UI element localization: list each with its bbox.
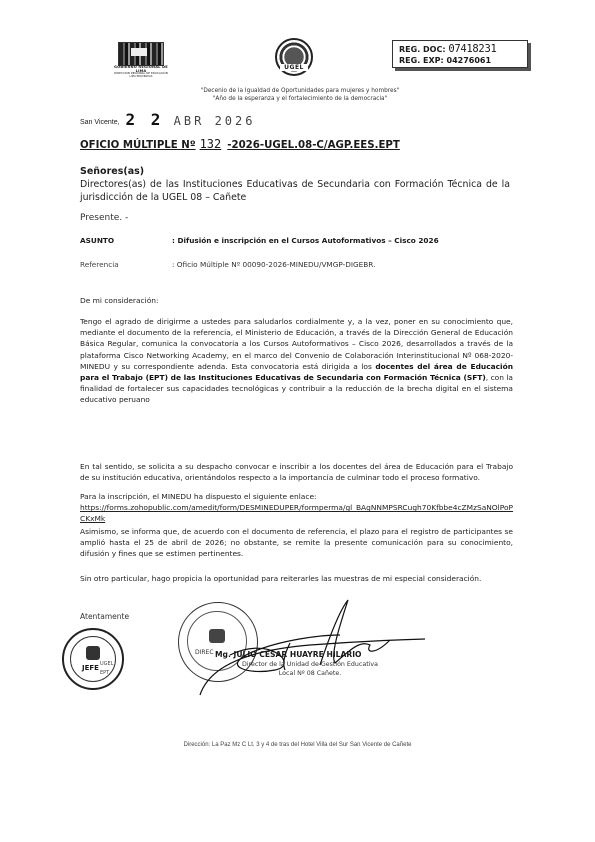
date-day: 2 2 — [126, 110, 164, 129]
greeting: De mi consideración: — [80, 295, 513, 306]
asunto-value: : Difusión e inscripción en el Cursos Au… — [172, 236, 439, 245]
reg-doc-row: REG. DOC: 07418231 — [399, 43, 521, 55]
document-title: OFICIO MÚLTIPLE Nº132-2026-UGEL.08-C/AGP… — [80, 137, 400, 151]
stamp-left-title: JEFE — [82, 664, 99, 672]
decenio-motto: "Decenio de la Igualdad de Oportunidades… — [150, 87, 450, 95]
reg-exp-row: REG. EXP: 04276061 — [399, 55, 521, 67]
stamp-left-text: UGEL EPT — [100, 660, 113, 678]
ugel-seal-logo: UGEL — [275, 38, 315, 82]
registration-link[interactable]: https://forms.zohopublic.com/amedit/form… — [80, 502, 513, 524]
referencia-value: : Oficio Múltiple Nº 00090-2026-MINEDU/V… — [172, 260, 375, 269]
reg-exp-label: REG. EXP: — [399, 56, 444, 65]
asunto-label: ASUNTO — [80, 236, 114, 245]
footer-address: Dirección: La Paz Mz C Lt. 3 y 4 de tras… — [0, 742, 595, 748]
date-stamp: 2 2 ABR 2026 — [126, 114, 256, 128]
date-place: San Vicente, — [80, 119, 120, 126]
signer-role: Director de la Unidad de Gestión Educati… — [210, 661, 410, 678]
reg-doc-value: 07418231 — [448, 43, 496, 55]
anio-motto: "Año de la esperanza y el fortalecimient… — [150, 95, 450, 103]
referencia-label: Referencia — [80, 260, 119, 269]
area-seal-stamp: JEFE — [62, 628, 124, 690]
addressees: Directores(as) de las Instituciones Educ… — [80, 179, 510, 204]
paragraph-5: Sin otro particular, hago propicia la op… — [80, 573, 513, 584]
paragraph-3: Para la inscripción, el MINEDU ha dispue… — [80, 491, 513, 525]
reg-doc-label: REG. DOC: — [399, 45, 446, 54]
stamp-left-text-1: UGEL — [100, 660, 113, 669]
p3-intro: Para la inscripción, el MINEDU ha dispue… — [80, 491, 513, 502]
paragraph-4: Asimismo, se informa que, de acuerdo con… — [80, 526, 513, 560]
reg-exp-value: 04276061 — [447, 56, 492, 65]
regional-emblem-icon — [118, 42, 164, 66]
signer-role-line2: Local Nº 08 Cañete. — [210, 670, 410, 679]
presente: Presente. - — [80, 213, 128, 223]
stamp-left-text-2: EPT — [100, 669, 113, 678]
date-line: San Vicente, 2 2 ABR 2026 — [80, 110, 255, 129]
national-shield-icon — [86, 646, 100, 660]
paragraph-1: Tengo el agrado de dirigirme a ustedes p… — [80, 316, 513, 406]
gobierno-regional-logo: GOBIERNO REGIONAL DE LIMA DIRECCIÓN REGI… — [108, 42, 170, 82]
salutation: Señores(as) — [80, 166, 144, 177]
oficio-suffix: -2026-UGEL.08-C/AGP.EES.EPT — [227, 140, 400, 151]
date-month-year: ABR 2026 — [174, 114, 256, 128]
signer-role-line1: Director de la Unidad de Gestión Educati… — [210, 661, 410, 670]
closing: Atentamente — [80, 612, 129, 621]
ugel-seal-label: UGEL — [280, 64, 308, 71]
oficio-prefix: OFICIO MÚLTIPLE Nº — [80, 140, 196, 151]
registration-box: REG. DOC: 07418231 REG. EXP: 04276061 — [392, 40, 528, 68]
signer-name: Mg. JULIO CESAR HUAYRE HILARIO — [215, 650, 362, 659]
gov-logo-line3: LIMA PROVINCIAS — [108, 75, 174, 78]
oficio-number: 132 — [200, 137, 222, 151]
official-year-mottos: "Decenio de la Igualdad de Oportunidades… — [150, 87, 450, 103]
paragraph-2: En tal sentido, se solicita a su despach… — [80, 461, 513, 483]
